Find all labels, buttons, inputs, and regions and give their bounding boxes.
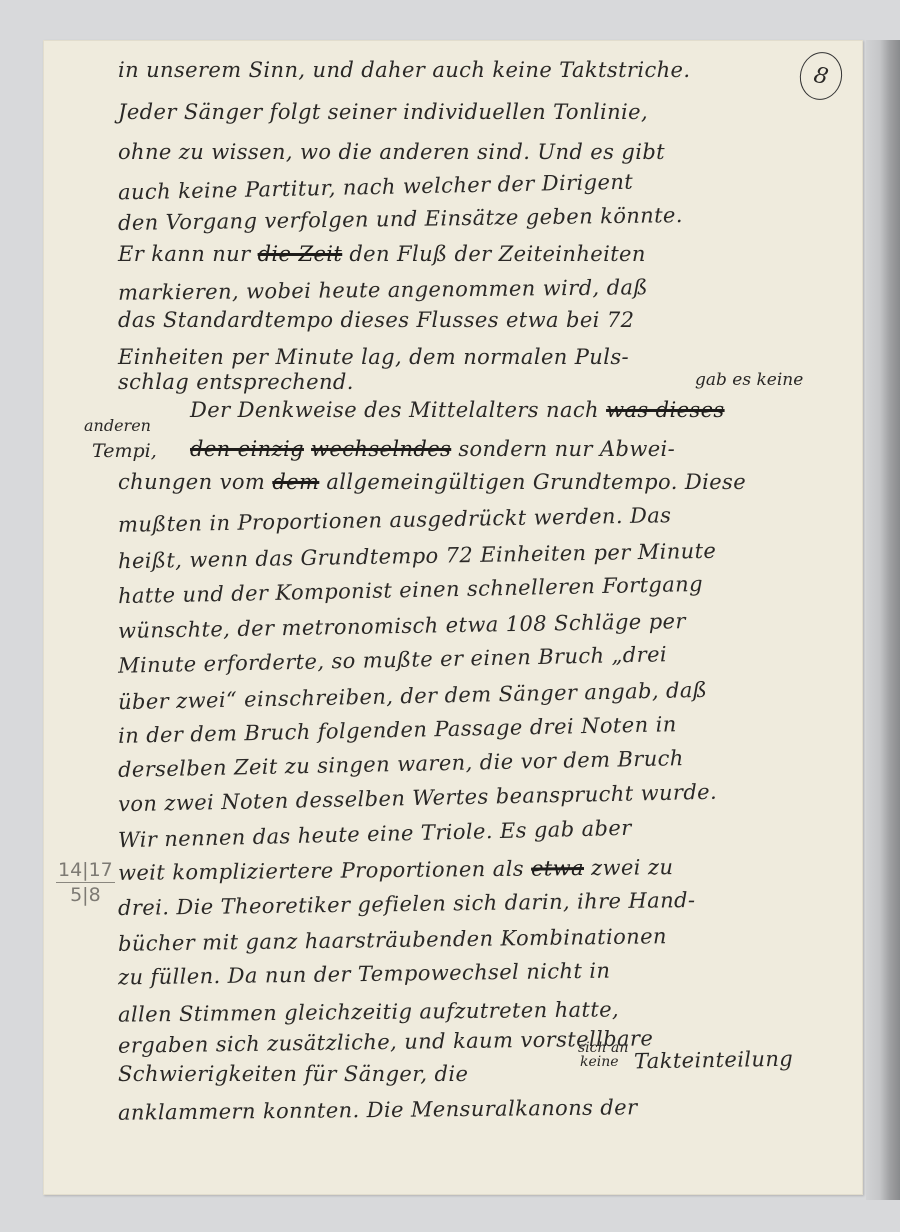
margin-note-anderen: anderen bbox=[84, 416, 151, 435]
line-text: zwei zu bbox=[591, 855, 673, 880]
line-text: Schwierigkeiten für Sänger, die bbox=[118, 1062, 468, 1086]
adjacent-sheet-edge bbox=[866, 40, 900, 1200]
line-text: chungen vom bbox=[118, 470, 265, 494]
struck-text: die Zeit bbox=[258, 242, 343, 266]
manuscript-line: das Standardtempo dieses Flusses etwa be… bbox=[118, 308, 634, 332]
manuscript-line: in unserem Sinn, und daher auch keine Ta… bbox=[118, 58, 690, 82]
line-text: sondern nur Abwei- bbox=[458, 437, 675, 461]
struck-text: etwa bbox=[531, 856, 584, 881]
struck-text: dem bbox=[272, 470, 319, 494]
manuscript-line: Er kann nur die Zeit den Fluß der Zeitei… bbox=[118, 242, 646, 266]
pencil-annotation: 14|17 5|8 bbox=[56, 858, 115, 907]
caret-insertion: keine bbox=[580, 1054, 619, 1070]
manuscript-line: den einzig wechselndes sondern nur Abwei… bbox=[190, 437, 675, 461]
struck-text: den einzig bbox=[190, 437, 304, 461]
line-text: Er kann nur bbox=[118, 242, 251, 266]
line-text: Der Denkweise des Mittelalters nach bbox=[190, 398, 599, 422]
line-text: den Fluß der Zeiteinheiten bbox=[349, 242, 645, 266]
manuscript-line: Der Denkweise des Mittelalters nach was … bbox=[190, 398, 725, 422]
inserted-text: gab es keine bbox=[695, 370, 803, 390]
page-number: 8 bbox=[812, 62, 831, 89]
manuscript-line: Schwierigkeiten für Sänger, die bbox=[118, 1062, 468, 1086]
manuscript-line: Jeder Sänger folgt seiner individuellen … bbox=[118, 100, 648, 124]
manuscript-line: Einheiten per Minute lag, dem normalen P… bbox=[118, 345, 629, 369]
pencil-fraction-top: 14|17 bbox=[56, 858, 115, 883]
manuscript-line: Takteinteilung bbox=[634, 1047, 794, 1074]
manuscript-line: chungen vom dem allgemeingültigen Grundt… bbox=[118, 470, 746, 494]
manuscript-line: schlag entsprechend. bbox=[118, 370, 354, 394]
margin-note-tempi: Tempi, bbox=[92, 440, 157, 462]
line-text: weit kompliziertere Proportionen als bbox=[118, 857, 524, 885]
struck-text: was dieses bbox=[606, 398, 725, 422]
pencil-fraction-bottom: 5|8 bbox=[70, 884, 101, 906]
struck-text: wechselndes bbox=[311, 437, 451, 461]
line-text: allgemeingültigen Grundtempo. Diese bbox=[326, 470, 746, 494]
manuscript-line: ohne zu wissen, wo die anderen sind. Und… bbox=[118, 140, 665, 164]
